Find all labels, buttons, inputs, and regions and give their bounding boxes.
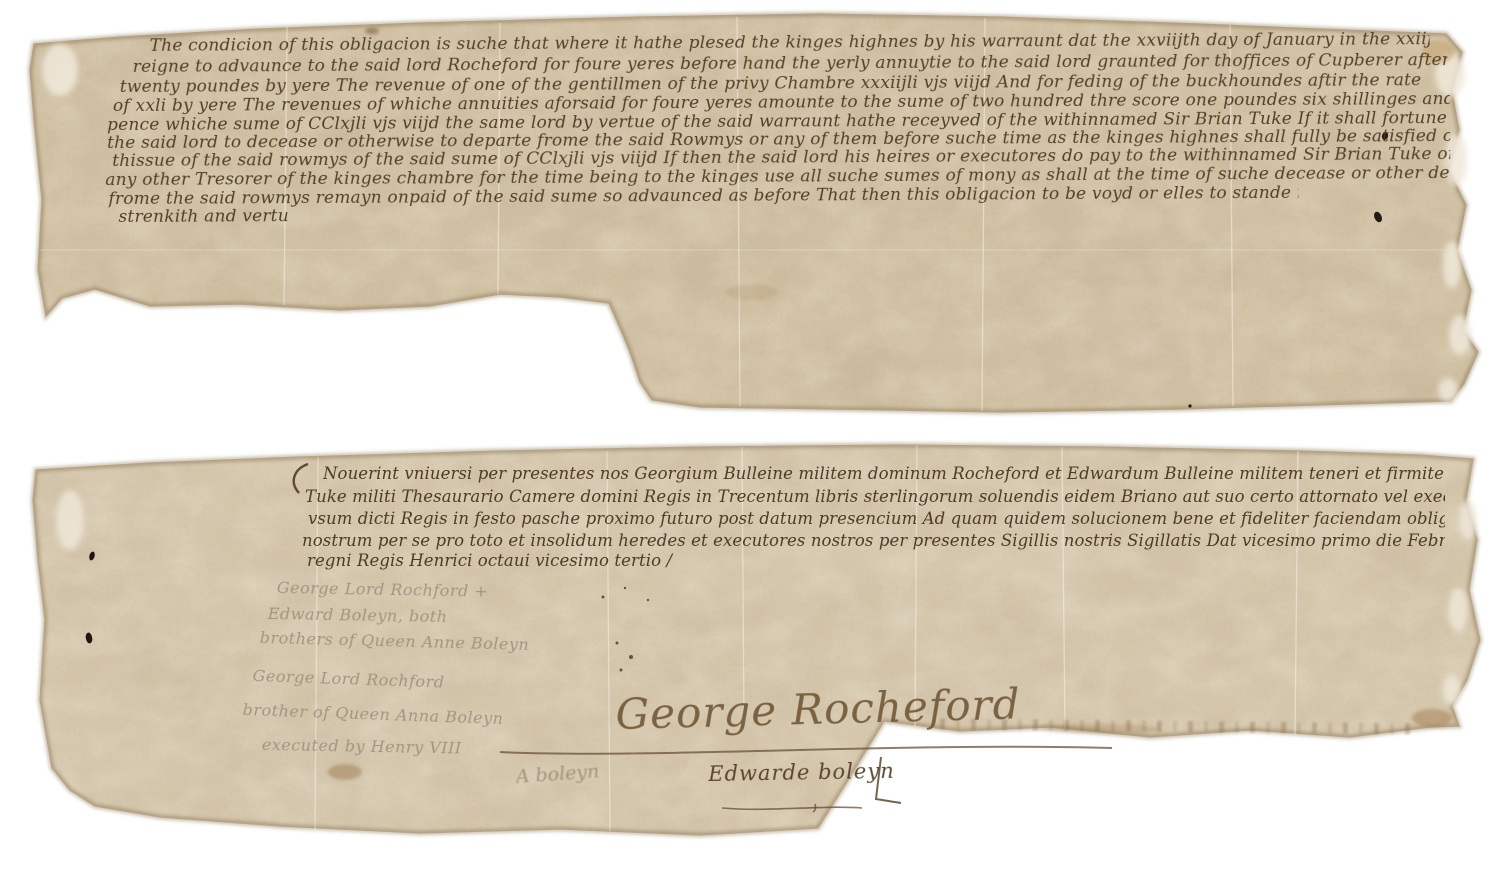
manuscript-line-lower: Tuke militi Thesaurario Camere domini Re… <box>305 487 1445 506</box>
manuscript-line-lower: nostrum per se pro toto et insolidum her… <box>302 531 1445 550</box>
manuscript-line-lower: Nouerint vniuersi per presentes nos Geor… <box>323 464 1445 483</box>
pencil-annotation: Edward Boleyn, both <box>268 604 448 626</box>
manuscript-line-lower: vsum dicti Regis in festo pasche proximo… <box>308 509 1445 528</box>
ink-signature-george-rocheford: George Rocheford <box>615 679 1021 739</box>
cut-off-text-remnant <box>940 718 1420 734</box>
pencil-annotation: executed by Henry VIII <box>262 735 462 757</box>
pencil-annotation: George Lord Rochford + <box>277 578 489 601</box>
manuscript-line-lower: regni Regis Henrici octaui vicesimo tert… <box>307 551 727 570</box>
pencil-annotation: brothers of Queen Anne Boleyn <box>260 628 530 654</box>
ink-signature-edward-boleyn: Edwarde boleyn <box>708 759 895 786</box>
document-photo: The condicion of this obligacion is such… <box>0 0 1500 873</box>
pencil-annotation: brother of Queen Anna Boleyn <box>242 700 503 728</box>
pencil-annotation: George Lord Rochford <box>252 666 444 692</box>
upper-document-text: The condicion of this obligacion is such… <box>0 0 1500 421</box>
handwriting-overlay: The condicion of this obligacion is such… <box>0 0 1500 873</box>
signature-ghost: A boleyn <box>515 760 600 788</box>
manuscript-line-upper: strenkith and vertu <box>118 205 418 227</box>
